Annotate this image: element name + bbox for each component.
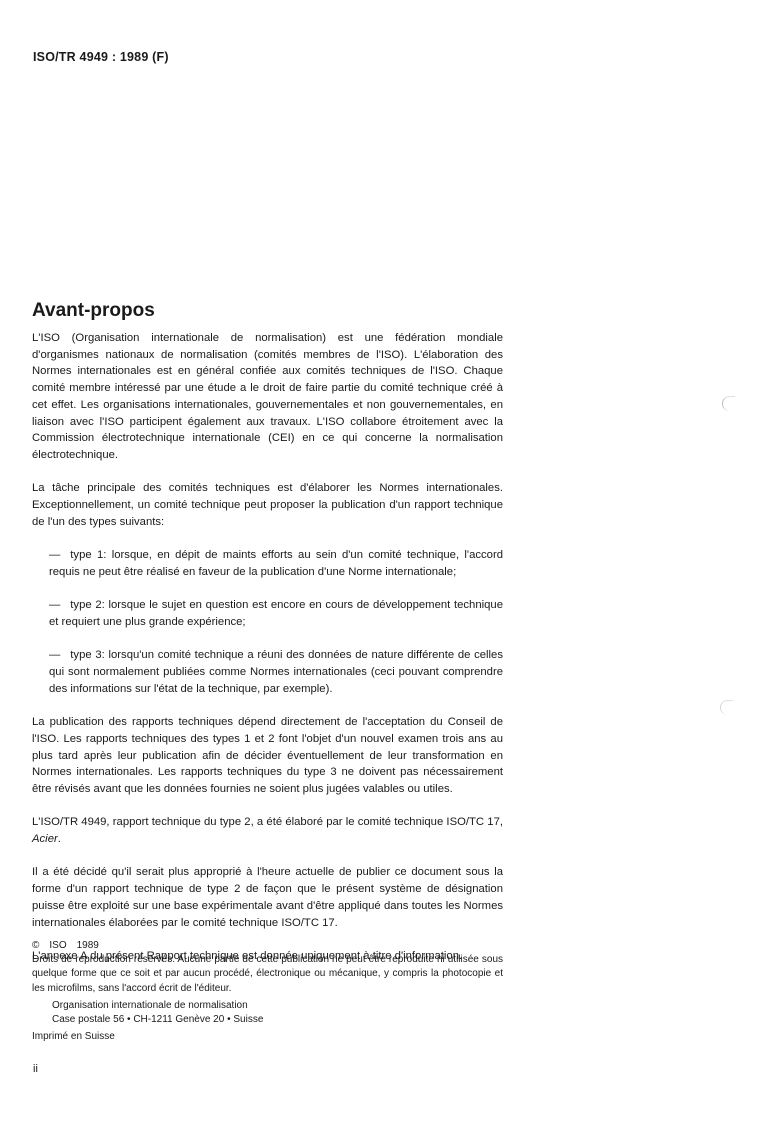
dash-bullet: — (49, 549, 60, 561)
list-item-type-3: —type 3: lorsqu'un comité technique a ré… (49, 647, 503, 697)
printed-in: Imprimé en Suisse (32, 1030, 503, 1044)
list-item-text: type 3: lorsqu'un comité technique a réu… (49, 649, 503, 694)
list-item-text: type 1: lorsque, en dépit de maints effo… (49, 549, 503, 578)
paragraph-main-task: La tâche principale des comités techniqu… (32, 480, 503, 530)
copyright-icon: © (32, 940, 39, 951)
binding-hole-mark (720, 700, 733, 715)
binding-hole-mark (722, 396, 735, 411)
copyright-org: ISO (49, 940, 66, 951)
copyright-year: 1989 (77, 940, 99, 951)
publisher-address: Case postale 56 • CH-1211 Genève 20 • Su… (52, 1013, 503, 1027)
paragraph-iso-intro: L'ISO (Organisation internationale de no… (32, 330, 503, 464)
rights-notice: Droits de reproduction réservés. Aucune … (32, 953, 503, 996)
document-id-header: ISO/TR 4949 : 1989 (F) (33, 50, 169, 64)
foreword-body: L'ISO (Organisation internationale de no… (32, 330, 503, 981)
paragraph-decision: Il a été décidé qu'il serait plus approp… (32, 864, 503, 931)
dash-bullet: — (49, 599, 60, 611)
publisher-name: Organisation internationale de normalisa… (52, 999, 503, 1013)
list-item-type-1: —type 1: lorsque, en dépit de maints eff… (49, 547, 503, 580)
page-number: ii (33, 1063, 38, 1075)
copyright-footer: ©ISO1989 Droits de reproduction réservés… (32, 939, 503, 1044)
paragraph-technical-committee: L'ISO/TR 4949, rapport technique du type… (32, 814, 503, 847)
page-title: Avant-propos (32, 300, 155, 322)
dash-bullet: — (49, 649, 60, 661)
copyright-line: ©ISO1989 (32, 939, 503, 953)
paragraph-publication: La publication des rapports techniques d… (32, 714, 503, 798)
list-item-type-2: —type 2: lorsque le sujet en question es… (49, 597, 503, 630)
committee-name: Acier (32, 833, 58, 845)
list-item-text: type 2: lorsque le sujet en question est… (49, 599, 503, 628)
